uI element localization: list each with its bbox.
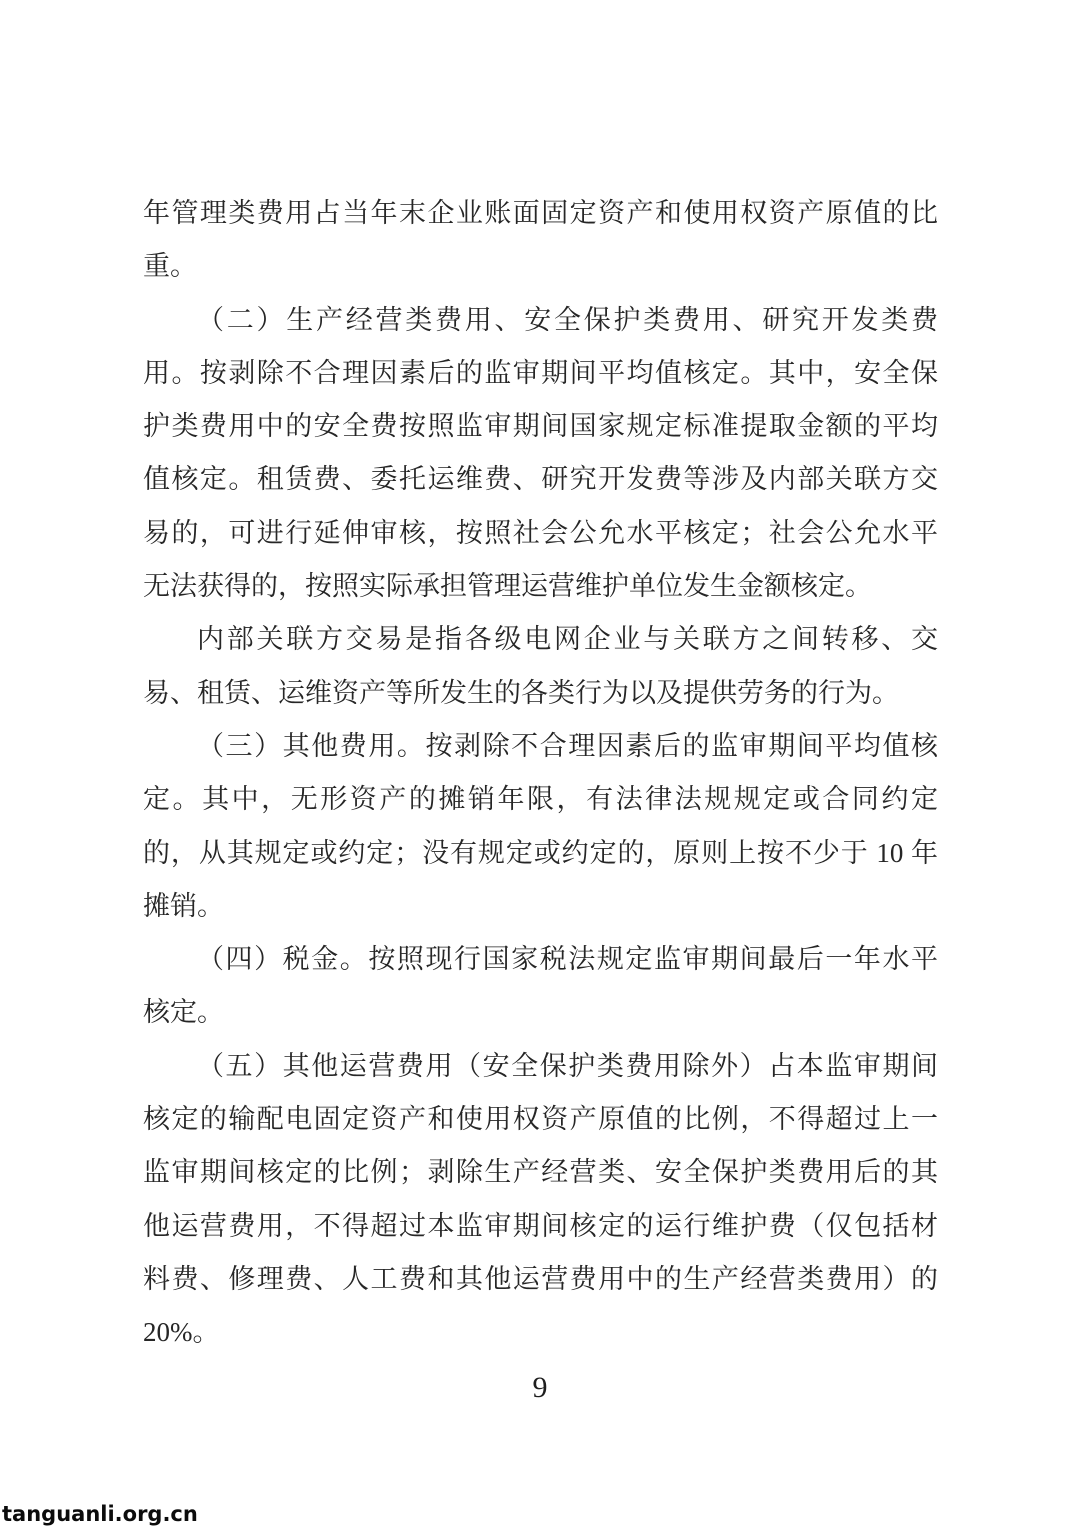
text-line: 20%。 — [143, 1306, 938, 1359]
text-line: （二）生产经营类费用、安全保护类费用、研究开发类费 — [143, 294, 938, 347]
text-line: （四）税金。按照现行国家税法规定监审期间最后一年水平 — [143, 933, 938, 986]
text-line: 值核定。租赁费、委托运维费、研究开发费等涉及内部关联方交 — [143, 453, 938, 506]
text-line: 料费、修理费、人工费和其他运营费用中的生产经营类费用）的 — [143, 1253, 938, 1306]
text-line: 内部关联方交易是指各级电网企业与关联方之间转移、交 — [143, 613, 938, 666]
paragraph: （二）生产经营类费用、安全保护类费用、研究开发类费用。按剥除不合理因素后的监审期… — [143, 294, 938, 614]
paragraph: 内部关联方交易是指各级电网企业与关联方之间转移、交易、租赁、运维资产等所发生的各… — [143, 613, 938, 720]
document-body: 年管理类费用占当年末企业账面固定资产和使用权资产原值的比重。（二）生产经营类费用… — [143, 187, 938, 1360]
text-line: 定。其中，无形资产的摊销年限，有法律法规规定或合同约定 — [143, 773, 938, 826]
text-line: 护类费用中的安全费按照监审期间国家规定标准提取金额的平均 — [143, 400, 938, 453]
text-line: 核定。 — [143, 986, 938, 1039]
text-line: 易的，可进行延伸审核，按照社会公允水平核定；社会公允水平 — [143, 507, 938, 560]
text-line: 摊销。 — [143, 880, 938, 933]
text-line: 的，从其规定或约定；没有规定或约定的，原则上按不少于 10 年 — [143, 827, 938, 880]
text-line: 年管理类费用占当年末企业账面固定资产和使用权资产原值的比 — [143, 187, 938, 240]
text-line: 无法获得的，按照实际承担管理运营维护单位发生金额核定。 — [143, 560, 938, 613]
text-line: 他运营费用，不得超过本监审期间核定的运行维护费（仅包括材 — [143, 1200, 938, 1253]
text-line: 监审期间核定的比例；剥除生产经营类、安全保护类费用后的其 — [143, 1146, 938, 1199]
paragraph: 年管理类费用占当年末企业账面固定资产和使用权资产原值的比重。 — [143, 187, 938, 294]
page-number: 9 — [0, 1368, 1080, 1408]
paragraph: （五）其他运营费用（安全保护类费用除外）占本监审期间核定的输配电固定资产和使用权… — [143, 1040, 938, 1360]
text-line: （三）其他费用。按剥除不合理因素后的监审期间平均值核 — [143, 720, 938, 773]
document-page: 年管理类费用占当年末企业账面固定资产和使用权资产原值的比重。（二）生产经营类费用… — [0, 0, 1080, 1527]
text-line: 核定的输配电固定资产和使用权资产原值的比例，不得超过上一 — [143, 1093, 938, 1146]
watermark: tanguanli.org.cn — [2, 1502, 198, 1526]
text-line: （五）其他运营费用（安全保护类费用除外）占本监审期间 — [143, 1040, 938, 1093]
text-line: 易、租赁、运维资产等所发生的各类行为以及提供劳务的行为。 — [143, 667, 938, 720]
text-line: 用。按剥除不合理因素后的监审期间平均值核定。其中，安全保 — [143, 347, 938, 400]
paragraph: （四）税金。按照现行国家税法规定监审期间最后一年水平核定。 — [143, 933, 938, 1040]
text-line: 重。 — [143, 240, 938, 293]
paragraph: （三）其他费用。按剥除不合理因素后的监审期间平均值核定。其中，无形资产的摊销年限… — [143, 720, 938, 933]
